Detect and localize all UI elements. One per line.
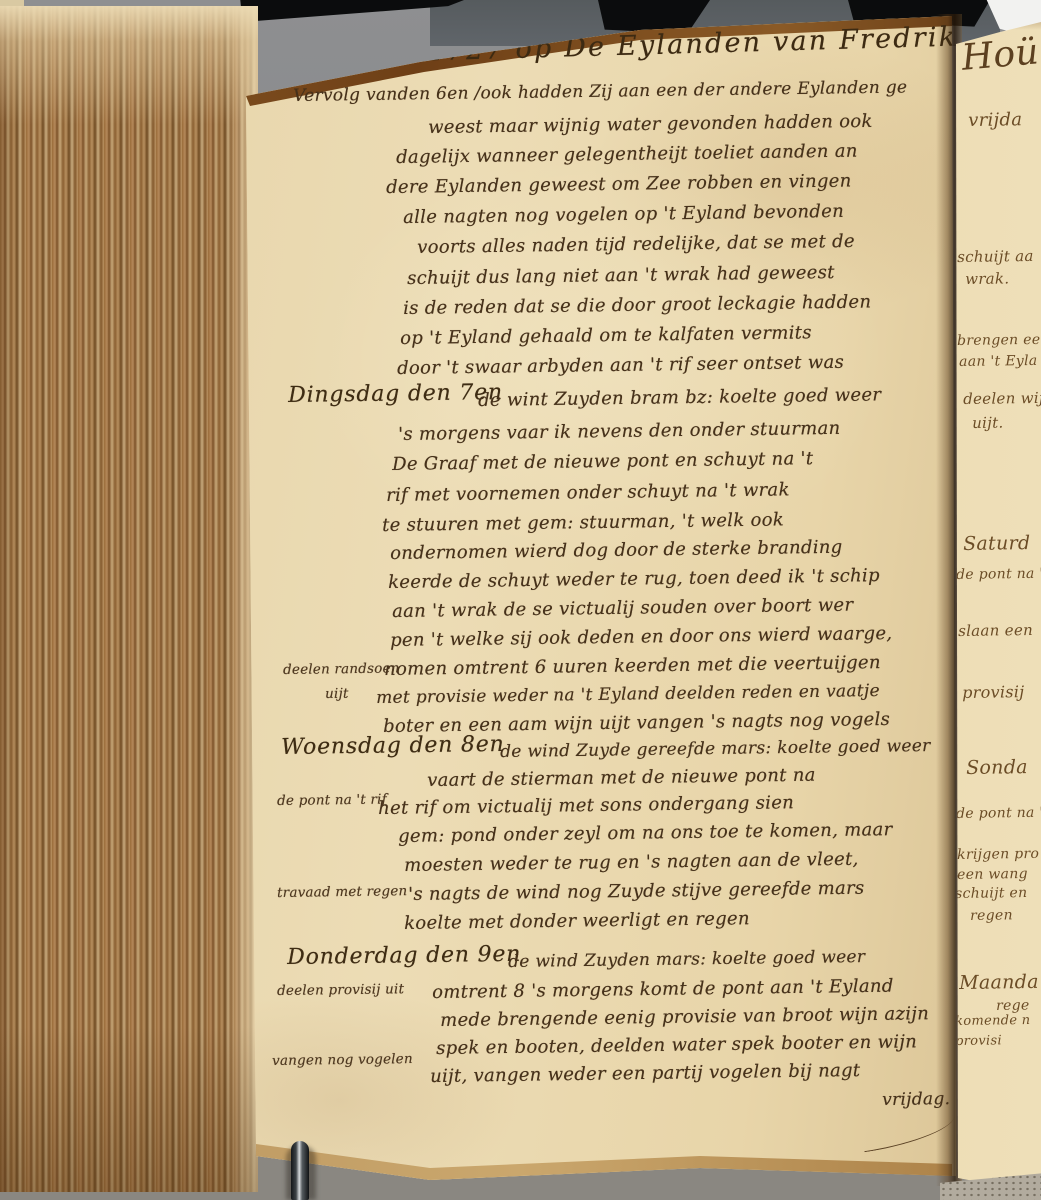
journal-line: op 't Eyland gehaald om te kalfaten verm… (400, 322, 812, 349)
facing-page-fragment: schuijt aa (957, 247, 1034, 266)
facing-page-fragment: de pont na 't (956, 805, 1041, 822)
margin-note: vangen nog vogelen (272, 1051, 413, 1069)
day-heading: Donderdag den 9en (287, 942, 521, 970)
facing-page-fragment: uijt. (972, 414, 1004, 432)
journal-line: Vervolg vanden 6en /ook hadden Zij aan e… (293, 77, 907, 106)
facing-page-fragment: krijgen pro (957, 846, 1039, 863)
day-heading: Woensdag den 8en (281, 732, 505, 760)
journal-line: is de reden dat se die door groot leckag… (403, 291, 871, 319)
margin-note: uijt (325, 686, 349, 702)
weather-note: de wind Zuyden mars: koelte goed weer (508, 947, 865, 972)
journal-line: het rif om victualij met sons ondergang … (378, 792, 794, 819)
margin-note: deelen provisij uit (277, 981, 404, 999)
journal-line: 's morgens vaar ik nevens den onder stuu… (398, 418, 841, 445)
journal-line: te stuuren met gem: stuurman, 't welk oo… (382, 509, 784, 536)
journal-line: De Graaf met de nieuwe pont en schuyt na… (392, 448, 813, 475)
facing-page-fragment: provisi (955, 1033, 1002, 1049)
day-heading: Dingsdag den 7en (288, 380, 503, 408)
facing-page-fragment: aan 't Eyla (959, 353, 1038, 370)
facing-page-fragment: vrijda (968, 109, 1022, 131)
facing-page-fragment: brengen een (957, 332, 1041, 349)
journal-line: dagelijx wanneer gelegentheijt toeliet a… (396, 141, 858, 168)
journal-line: ondernomen wierd dog door de sterke bran… (390, 537, 843, 564)
journal-line: uijt, vangen weder een partij vogelen bi… (430, 1060, 861, 1087)
journal-line: omtrent 8 's morgens komt de pont aan 't… (432, 976, 894, 1003)
journal-line: met provisie weder na 't Eyland deelden … (376, 681, 880, 708)
margin-note: deelen randsoen (283, 660, 400, 678)
facing-page-fragment: deelen wijn (963, 389, 1041, 408)
journal-line: keerde de schuyt weder te rug, toen deed… (388, 565, 880, 593)
journal-line: nomen omtrent 6 uuren keerden met die ve… (384, 652, 881, 680)
page-holder-clip (291, 1141, 309, 1200)
journal-line: gem: pond onder zeyl om na ons toe te ko… (398, 819, 893, 847)
journal-line: dere Eylanden geweest om Zee robben en v… (386, 171, 852, 198)
journal-line: weest maar wijnig water gevonden hadden … (428, 111, 873, 138)
journal-line: 's nagts de wind nog Zuyde stijve gereef… (408, 878, 865, 905)
facing-page-fragment: Sonda (966, 756, 1028, 779)
journal-line: aan 't wrak de se victualij souden over … (392, 595, 853, 622)
pen-flourish (861, 1115, 958, 1153)
facing-page-fragment: provisij (962, 682, 1025, 702)
facing-page-fragment: slaan een (958, 621, 1033, 640)
journal-line: vaart de stierman met de nieuwe pont na (427, 765, 816, 791)
journal-line: rif met voornemen onder schuyt na 't wra… (386, 479, 790, 506)
facing-page-fragment: een wang (957, 866, 1028, 883)
journal-line: alle nagten nog vogelen op 't Eyland bev… (403, 201, 844, 228)
journal-line: voorts alles naden tijd redelijke, dat s… (417, 231, 855, 258)
facing-page-fragment: Saturd (963, 532, 1031, 555)
journal-line: door 't swaar arbyden aan 't rif seer on… (397, 352, 844, 379)
journal-line: moesten weder te rug en 's nagten aan de… (404, 849, 859, 876)
facing-page-fragment: de pont na 't (956, 566, 1041, 583)
margin-note: de pont na 't rif (277, 791, 387, 809)
journal-line: mede brengende eenig provisie van broot … (440, 1003, 929, 1031)
facing-page-fragment: komende n (955, 1013, 1031, 1029)
book-photo: { "main_page": { "header": "october 1727… (0, 0, 1041, 1200)
journal-line: pen 't welke sij ook deden en door ons w… (390, 623, 893, 651)
facing-page-fragment: rege (996, 998, 1030, 1014)
journal-line: spek en booten, deelden water spek boote… (436, 1031, 917, 1059)
facing-page-fragment: schuijt en (955, 885, 1027, 902)
journal-line: schuijt dus lang niet aan 't wrak had ge… (407, 262, 835, 289)
page-edges-stack (0, 6, 258, 1192)
facing-page-fragment: wrak. (965, 269, 1010, 288)
journal-line: koelte met donder weerligt en regen (404, 908, 750, 934)
facing-page-fragment: Maanda (959, 971, 1039, 994)
weather-note: de wint Zuyden bram bz: koelte goed weer (478, 384, 881, 411)
margin-note: travaad met regen (277, 883, 407, 901)
weather-note: de wind Zuyde gereefde mars: koelte goed… (500, 736, 931, 762)
facing-page-fragment: regen (970, 907, 1013, 924)
catchword: vrijdag. (882, 1089, 950, 1110)
